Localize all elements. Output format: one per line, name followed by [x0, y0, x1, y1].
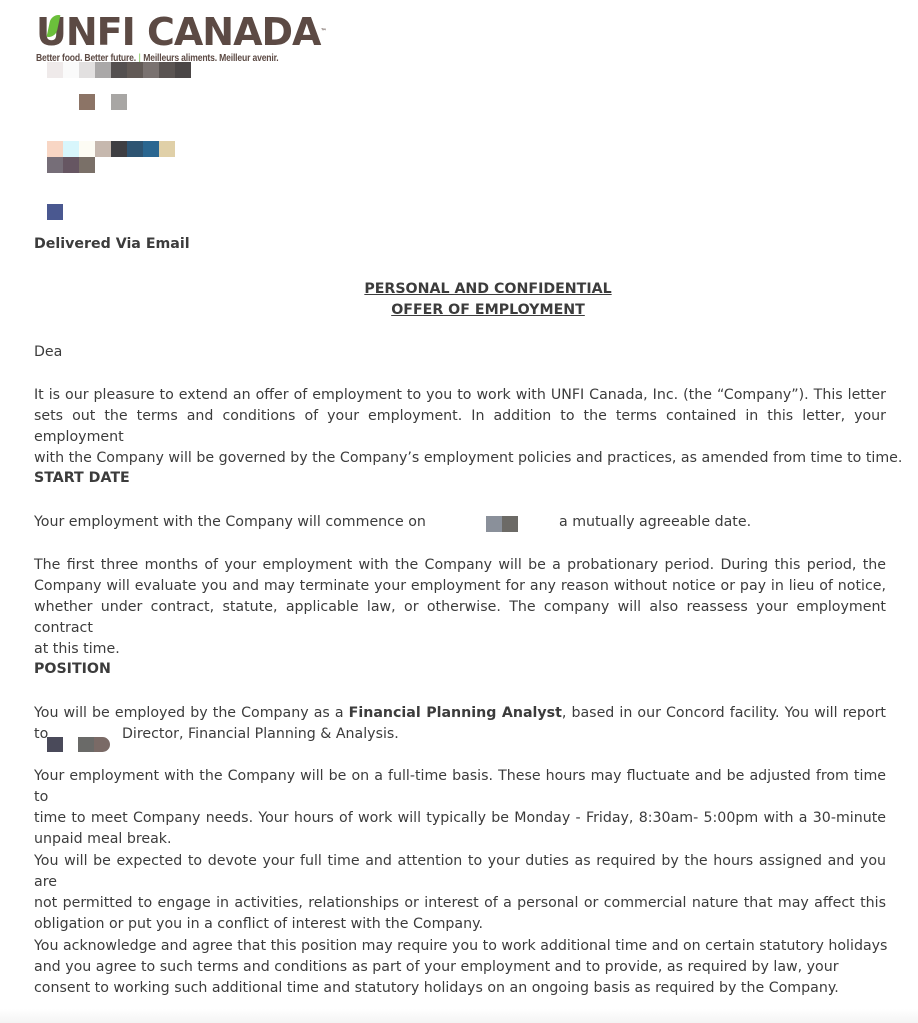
commence-prefix: Your employment with the Company will co…: [34, 512, 426, 533]
hours-line: unpaid meal break.: [34, 829, 886, 850]
redaction-tile: [63, 157, 79, 173]
probation-line: whether under contract, statute, applica…: [34, 597, 886, 639]
hours-line: time to meet Company needs. Your hours o…: [34, 808, 886, 829]
redaction-tile: [502, 516, 518, 532]
delivery-method: Delivered Via Email: [34, 236, 190, 252]
redaction-tile: [79, 94, 95, 110]
report-to-title: Director, Financial Planning & Analysis.: [122, 724, 399, 745]
intro-line: It is our pleasure to extend an offer of…: [34, 385, 886, 406]
redaction-tile: [79, 141, 95, 157]
redaction-tile: [111, 94, 127, 110]
redaction-tile: [159, 62, 175, 78]
probation-line: at this time.: [34, 639, 886, 660]
redaction-tile: [79, 62, 95, 78]
page-bottom-shadow: [0, 1009, 918, 1023]
redaction-tile: [63, 62, 79, 78]
redaction-tile: [47, 157, 63, 173]
devotion-line: You will be expected to devote your full…: [34, 851, 886, 893]
intro-line: with the Company will be governed by the…: [34, 448, 886, 469]
redaction-tile: [127, 141, 143, 157]
redaction-tile: [79, 157, 95, 173]
redaction-tile: [111, 62, 127, 78]
probation-paragraph: The first three months of your employmen…: [34, 555, 886, 660]
additional-time-line: and you agree to such terms and conditio…: [34, 957, 886, 978]
employed-prefix: You will be employed by the Company as a: [34, 705, 349, 721]
unfi-canada-logo: UNFI CANADA™ Better food. Better future.…: [36, 12, 326, 64]
redaction-tile: [143, 141, 159, 157]
redaction-tile: [78, 737, 94, 752]
devotion-paragraph: You will be expected to devote your full…: [34, 851, 886, 935]
offer-letter-page: UNFI CANADA™ Better food. Better future.…: [0, 0, 918, 1023]
start-date-heading: START DATE: [34, 470, 130, 486]
hours-line: Your employment with the Company will be…: [34, 766, 886, 808]
hours-paragraph: Your employment with the Company will be…: [34, 766, 886, 850]
additional-time-paragraph: You acknowledge and agree that this posi…: [34, 936, 886, 999]
logo-brand-text: NFI CANADA: [66, 10, 321, 54]
probation-line: The first three months of your employmen…: [34, 555, 886, 576]
confidential-title: PERSONAL AND CONFIDENTIAL: [0, 279, 918, 300]
intro-paragraph: It is our pleasure to extend an offer of…: [34, 385, 886, 469]
redaction-tile: [127, 62, 143, 78]
commence-suffix: a mutually agreeable date.: [559, 512, 751, 533]
redaction-tile: [47, 737, 63, 752]
offer-title: OFFER OF EMPLOYMENT: [0, 300, 918, 321]
redaction-tile: [47, 62, 63, 78]
probation-line: Company will evaluate you and may termin…: [34, 576, 886, 597]
redaction-tile: [63, 141, 79, 157]
salutation: Dea: [34, 342, 62, 363]
redaction-tile: [47, 141, 63, 157]
additional-time-line: consent to working such additional time …: [34, 978, 886, 999]
redaction-tile: [486, 516, 502, 532]
redaction-tile: [175, 62, 191, 78]
redaction-tile: [95, 62, 111, 78]
redaction-tile: [47, 204, 63, 220]
intro-line: sets out the terms and conditions of you…: [34, 406, 886, 448]
additional-time-line: You acknowledge and agree that this posi…: [34, 936, 886, 957]
redaction-tile: [94, 737, 110, 752]
redaction-tile: [143, 62, 159, 78]
devotion-line: not permitted to engage in activities, r…: [34, 893, 886, 914]
position-heading: POSITION: [34, 661, 111, 677]
redaction-tile: [95, 141, 111, 157]
job-title: Financial Planning Analyst: [349, 705, 562, 721]
redaction-tile: [159, 141, 175, 157]
logo-wordmark: UNFI CANADA™: [36, 12, 326, 52]
logo-u-letter: U: [36, 12, 66, 52]
devotion-line: obligation or put you in a conflict of i…: [34, 914, 886, 935]
redaction-tile: [111, 141, 127, 157]
trademark-symbol: ™: [320, 28, 326, 35]
